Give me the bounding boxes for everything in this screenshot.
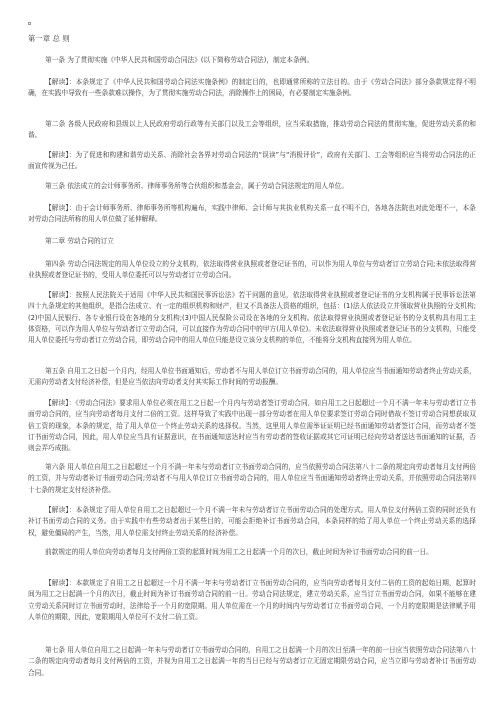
interpretation-6-clause-2: 【解读】：本款规定了自用工之日起超过一个月不满一年未与劳动者订立书面劳动合同的，… <box>28 578 476 623</box>
interpretation-3: 【解读】：由于会计师事务所、律师事务所等机构遍布，实践中律师、会计师与其执业机构… <box>28 203 476 226</box>
chapter-2-heading: 第二章 劳动合同的订立 <box>28 236 476 247</box>
article-1: 第一条 为了贯彻实施《中华人民共和国劳动合同法》(以下简称劳动合同法)，制定本条… <box>28 55 476 66</box>
interpretation-4: 【解读】：按照人民法院关于适用《中华人民共和国民事诉讼法》若干问题的意见，依法取… <box>28 290 476 346</box>
article-6-clause-2: 前款规定的用人单位向劳动者每月支付两倍工资的起算时间为用工之日起满一个月的次日，… <box>28 547 476 558</box>
paragraph-marker-icon <box>28 22 31 25</box>
interpretation-5: 【解读】：《劳动合同法》要求用人单位必须在用工之日起一个月内与劳动者签订劳动合同… <box>28 398 476 454</box>
article-2: 第二条 各级人民政府和县级以上人民政府劳动行政等有关部门以及工会等组织，应当采取… <box>28 119 476 142</box>
article-7: 第七条 用人单位自用工之日起满一年未与劳动者订立书面劳动合同的，自用工之日起满一… <box>28 645 476 679</box>
article-6: 第六条 用人单位自用工之日起超过一个月不满一年未与劳动者订立书面劳动合同的，应当… <box>28 462 476 496</box>
article-3: 第三条 依法成立的会计师事务所、律师事务所等合伙组织和基金会，属于劳动合同法规定… <box>28 181 476 192</box>
interpretation-1: 【解读】：本条规定了《中华人民共和国劳动合同法实施条例》的制定目的，也即通常所称… <box>28 77 476 100</box>
interpretation-6: 【解读】：本条规定了用人单位自用工之日起超过一个月不满一年未与劳动者订立书面劳动… <box>28 505 476 539</box>
chapter-heading: 第一章 总 则 <box>28 33 70 44</box>
article-4: 第四条 劳动合同法规定的用人单位设立的分支机构，依法取得营业执照或者登记证书的，… <box>28 259 476 282</box>
article-5: 第五条 自用工之日起一个月内，经用人单位书面通知后，劳动者不与用人单位订立书面劳… <box>28 366 476 389</box>
interpretation-2: 【解读】：为了促进和构建和谐劳动关系、消除社会各界对劳动合同法的“误读”与“消极… <box>28 150 476 173</box>
